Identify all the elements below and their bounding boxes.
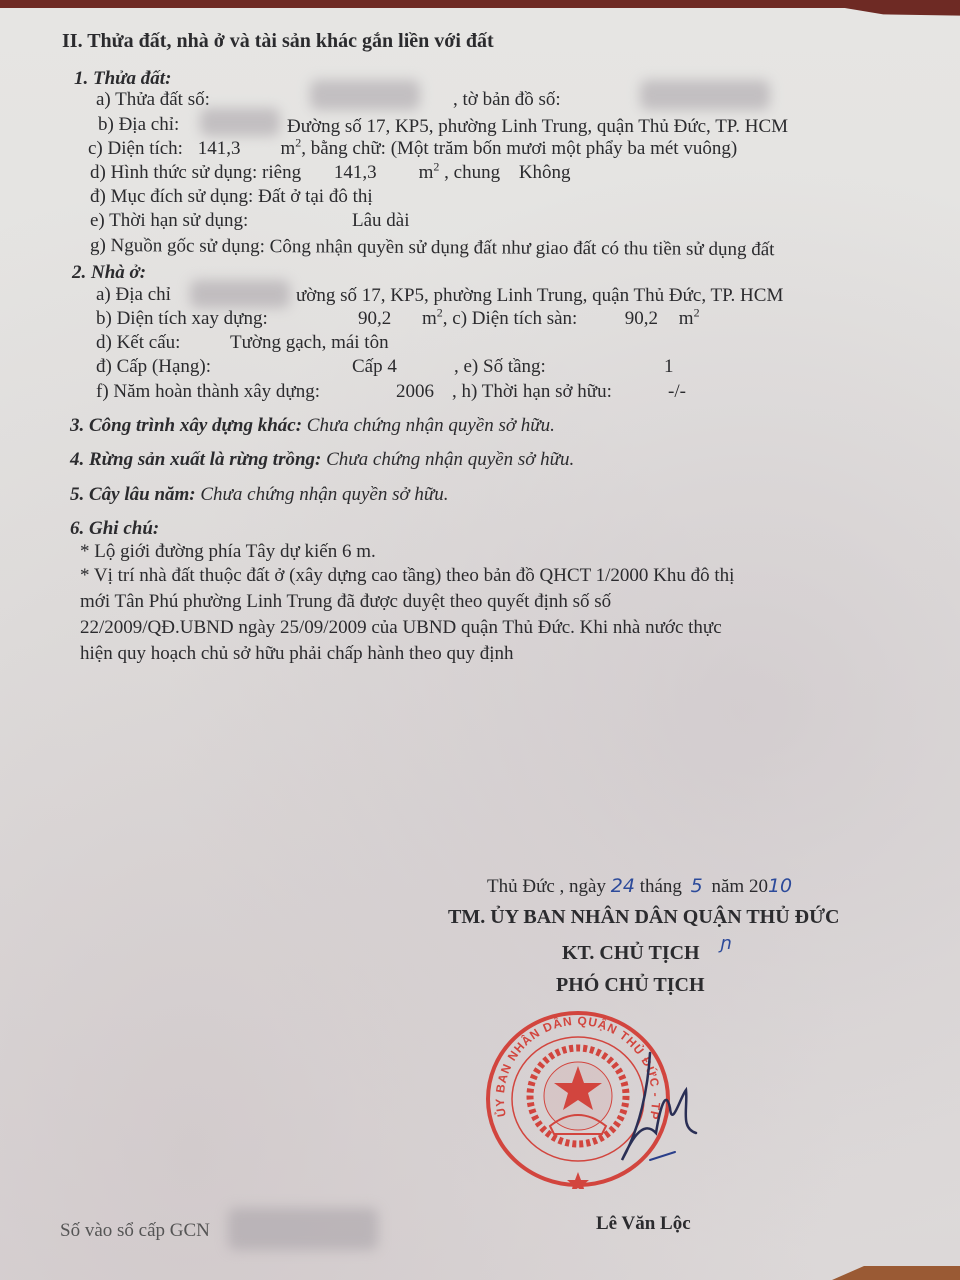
perennial-trees-value: Chưa chứng nhận quyền sở hữu. <box>200 484 448 505</box>
land-purpose-row: đ) Mục đích sử dụng: Đất ở tại đô thị <box>90 186 373 208</box>
land-purpose-label: đ) Mục đích sử dụng: <box>90 186 253 207</box>
land-use-form-label: d) Hình thức sử dụng: riêng <box>90 162 301 183</box>
issue-year-suffix: 10 <box>768 875 792 897</box>
production-forest-value: Chưa chứng nhận quyền sở hữu. <box>326 449 574 470</box>
house-floors-value: 1 <box>664 356 674 377</box>
land-use-shared-label: , chung <box>444 162 500 183</box>
redacted-parcel-number <box>310 80 420 110</box>
land-term-value: Lâu dài <box>352 210 410 231</box>
perennial-trees-row: 5. Cây lâu năm: Chưa chứng nhận quyền sở… <box>70 484 448 506</box>
table-surface <box>800 1266 960 1280</box>
house-year-row: f) Năm hoàn thành xây dựng:2006, h) Thời… <box>96 381 686 403</box>
land-area-words: , bằng chữ: (Một trăm bốn mươi một phẩy … <box>301 138 737 159</box>
house-build-area-value: 90,2 <box>358 308 422 330</box>
signer-role-1: KT. CHỦ TỊCH <box>562 942 700 964</box>
redacted-house-number <box>200 108 280 136</box>
issue-date: Thủ Đức , ngày 24 tháng 5 năm 2010 <box>487 875 792 898</box>
land-term-label: e) Thời hạn sử dụng: <box>90 210 352 232</box>
land-purpose-value: Đất ở tại đô thị <box>258 186 373 207</box>
house-ownership-term-label: , h) Thời hạn sở hữu: <box>452 381 668 403</box>
land-use-shared-value: Không <box>505 162 571 183</box>
other-construction-row: 3. Công trình xây dựng khác: Chưa chứng … <box>70 415 555 437</box>
house-grade-value: Cấp 4 <box>352 356 454 378</box>
land-address-label: b) Địa chỉ: <box>98 114 179 136</box>
house-build-area-unit: m <box>422 308 437 329</box>
other-construction-value: Chưa chứng nhận quyền sở hữu. <box>307 415 555 436</box>
issue-year-label: năm 20 <box>712 876 768 897</box>
note-line-4: 22/2009/QĐ.UBND ngày 25/09/2009 của UBND… <box>80 617 722 639</box>
house-year-label: f) Năm hoàn thành xây dựng: <box>96 381 396 403</box>
house-floor-area-value: 90,2 <box>625 308 679 330</box>
issuing-authority: TM. ỦY BAN NHÂN DÂN QUẬN THỦ ĐỨC <box>448 906 839 928</box>
land-map-sheet-label: , tờ bản đồ số: <box>453 89 561 111</box>
land-origin-row: g) Nguồn gốc sử dụng: Công nhận quyền sử… <box>90 235 775 261</box>
certificate-page: II. Thửa đất, nhà ở và tài sản khác gắn … <box>0 8 960 1280</box>
house-structure-value: Tường gạch, mái tôn <box>230 332 389 353</box>
house-structure-label: d) Kết cấu: <box>96 332 230 354</box>
perennial-trees-heading: 5. Cây lâu năm: <box>70 484 196 505</box>
land-origin-value: Công nhận quyền sử dụng đất như giao đất… <box>270 236 775 260</box>
land-area-unit: m <box>280 138 295 159</box>
production-forest-row: 4. Rừng sản xuất là rừng trồng: Chưa chứ… <box>70 449 574 471</box>
land-address-value: Đường số 17, KP5, phường Linh Trung, quậ… <box>287 116 788 138</box>
initial-mark-icon: ɲ <box>720 933 732 954</box>
note-line-5: hiện quy hoạch chủ sở hữu phải chấp hành… <box>80 643 514 665</box>
land-use-private-unit: m <box>419 162 434 183</box>
house-heading: 2. Nhà ở: <box>72 262 146 284</box>
land-use-private-value: 141,3 <box>306 162 414 184</box>
house-address-label: a) Địa chỉ <box>96 284 171 306</box>
house-grade-row: đ) Cấp (Hạng):Cấp 4, e) Số tầng:1 <box>96 356 674 378</box>
signature-icon <box>600 1048 720 1168</box>
house-ownership-term-value: -/- <box>668 381 686 402</box>
house-floor-area-label: , c) Diện tích sàn: <box>443 308 625 330</box>
house-floor-area-unit: m <box>679 308 694 329</box>
land-term-row: e) Thời hạn sử dụng:Lâu dài <box>90 210 410 232</box>
section-title: II. Thửa đất, nhà ở và tài sản khác gắn … <box>62 30 494 52</box>
land-origin-label: g) Nguồn gốc sử dụng: <box>90 235 265 257</box>
issue-month-label: tháng <box>640 876 682 897</box>
house-structure-row: d) Kết cấu:Tường gạch, mái tôn <box>96 332 389 354</box>
issue-day: 24 <box>611 875 635 897</box>
land-parcel-number-label: a) Thửa đất số: <box>96 89 210 111</box>
notes-heading: 6. Ghi chú: <box>70 518 159 540</box>
issue-month: 5 <box>687 875 707 897</box>
registry-number-label: Số vào sổ cấp GCN <box>60 1220 210 1242</box>
house-address-value: ường số 17, KP5, phường Linh Trung, quận… <box>296 285 783 307</box>
house-build-area-label: b) Diện tích xay dựng: <box>96 308 358 330</box>
signer-name: Lê Văn Lộc <box>596 1213 691 1235</box>
signer-role-2: PHÓ CHỦ TỊCH <box>556 974 705 996</box>
land-area-row: c) Diện tích: 141,3 m2, bằng chữ: (Một t… <box>88 138 737 160</box>
house-year-value: 2006 <box>396 381 452 403</box>
land-area-label: c) Diện tích: <box>88 138 183 159</box>
redacted-map-sheet <box>640 80 770 110</box>
house-floors-label: , e) Số tầng: <box>454 356 664 378</box>
note-line-2: * Vị trí nhà đất thuộc đất ở (xây dựng c… <box>80 565 734 587</box>
house-area-row: b) Diện tích xay dựng:90,2m2, c) Diện tí… <box>96 308 700 330</box>
redacted-house-address <box>190 280 290 308</box>
land-area-value: 141,3 <box>188 138 276 160</box>
redacted-registry-number <box>228 1208 378 1250</box>
note-line-1: * Lộ giới đường phía Tây dự kiến 6 m. <box>80 541 376 563</box>
other-construction-heading: 3. Công trình xây dựng khác: <box>70 415 302 436</box>
note-line-3: mới Tân Phú phường Linh Trung đã được du… <box>80 591 611 613</box>
house-grade-label: đ) Cấp (Hạng): <box>96 356 352 378</box>
production-forest-heading: 4. Rừng sản xuất là rừng trồng: <box>70 449 321 470</box>
land-heading: 1. Thửa đất: <box>74 68 171 90</box>
land-use-form-row: d) Hình thức sử dụng: riêng 141,3 m2 , c… <box>90 162 571 184</box>
issue-place-label: Thủ Đức , ngày <box>487 876 606 897</box>
